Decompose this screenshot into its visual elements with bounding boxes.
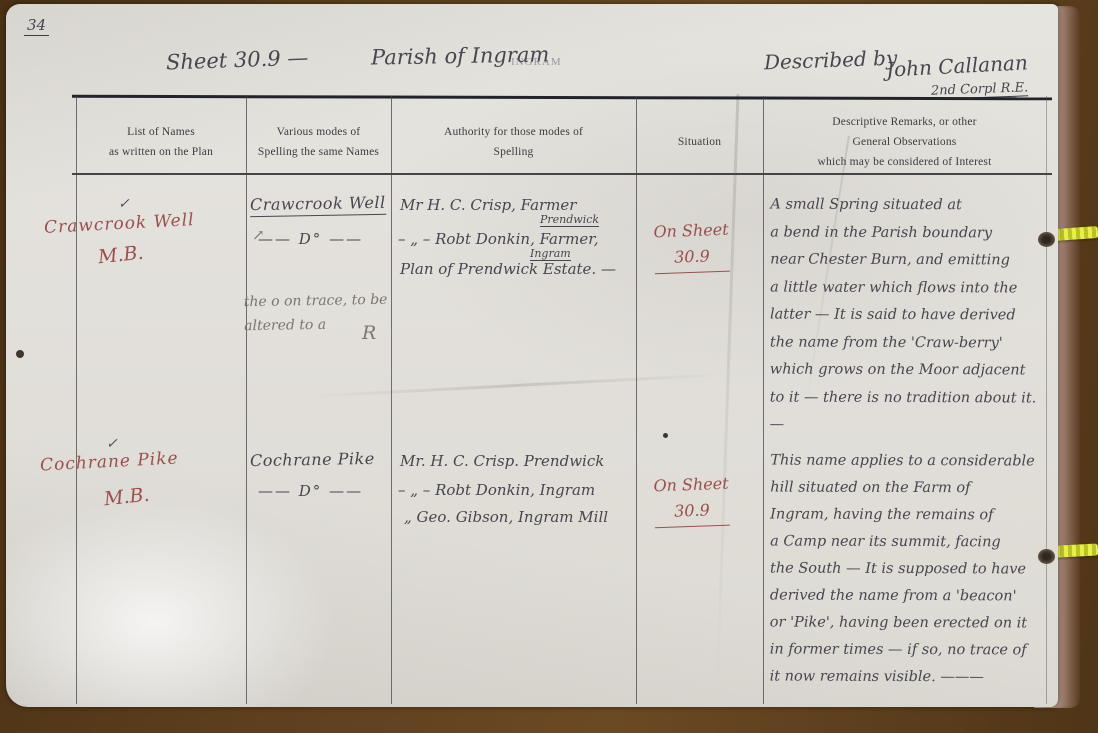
punch-hole-top bbox=[1038, 232, 1055, 247]
described-by-label: Described by bbox=[764, 46, 898, 75]
document-page: 34 Sheet 30.9 — Parish of Ingram INGRAM … bbox=[6, 4, 1058, 707]
ditto-mark: —— D° —— bbox=[258, 482, 363, 500]
examiner-initials: M.B. bbox=[103, 484, 151, 511]
ditto-mark: —— D° —— bbox=[258, 230, 363, 248]
photo-of-name-book-page: 34 Sheet 30.9 — Parish of Ingram INGRAM … bbox=[0, 0, 1098, 733]
authority-line: – „ – Robt Donkin, Farmer, bbox=[398, 230, 599, 248]
authority-line: – „ – Robt Donkin, Ingram bbox=[398, 481, 595, 499]
check-mark: ✓ bbox=[118, 196, 130, 212]
page-number: 34 bbox=[24, 16, 49, 36]
spelling-entry: Crawcrook Well bbox=[250, 193, 386, 217]
examiner-initials: M.B. bbox=[97, 242, 145, 269]
pencil-note-initial: R bbox=[362, 322, 376, 344]
table-column-line bbox=[76, 96, 77, 704]
situation-entry: On Sheet 30.9 bbox=[653, 217, 730, 275]
check-mark: ✓ bbox=[106, 436, 118, 452]
table-top-rule bbox=[72, 95, 1052, 101]
authority-place: Ingram bbox=[530, 247, 571, 261]
authority-line: Mr H. C. Crisp, Farmer bbox=[400, 196, 576, 214]
column-header-authority: Authority for those modes of Spelling bbox=[395, 112, 632, 162]
authority-line: „ Geo. Gibson, Ingram Mill bbox=[404, 508, 608, 526]
authority-line: Mr. H. C. Crisp. Prendwick bbox=[400, 452, 604, 470]
column-header-remarks: Descriptive Remarks, or other General Ob… bbox=[767, 112, 1042, 172]
descriptive-remarks: A small Spring situated at a bend in the… bbox=[770, 192, 1049, 440]
punch-hole-bottom bbox=[1038, 549, 1055, 564]
describer-signature: John Callanan bbox=[885, 50, 1028, 81]
table-column-line bbox=[636, 96, 637, 704]
authority-line: Plan of Prendwick Estate. — bbox=[400, 260, 616, 278]
sheet-number-heading: Sheet 30.9 — bbox=[166, 46, 309, 75]
column-header-names: List of Names as written on the Plan bbox=[80, 112, 242, 162]
situation-entry: On Sheet 30.9 bbox=[653, 471, 730, 529]
descriptive-remarks: This name applies to a considerable hill… bbox=[770, 448, 1053, 692]
spelling-entry: Cochrane Pike bbox=[250, 449, 375, 470]
ink-blot bbox=[663, 433, 668, 438]
authority-place: Prendwick bbox=[540, 213, 599, 227]
page-crease bbox=[306, 373, 726, 398]
column-header-situation: Situation bbox=[640, 112, 759, 152]
entry-name-on-plan: Cochrane Pike bbox=[40, 448, 179, 475]
table-column-line bbox=[763, 96, 764, 704]
entry-name-on-plan: Crawcrook Well bbox=[44, 210, 196, 238]
ink-blot bbox=[16, 350, 24, 358]
table-column-line bbox=[246, 96, 247, 704]
table-header-rule bbox=[72, 173, 1052, 175]
page-crease bbox=[716, 94, 740, 694]
parish-stamp: INGRAM bbox=[511, 56, 562, 68]
table-column-line bbox=[391, 96, 392, 704]
column-header-spelling-modes: Various modes of Spelling the same Names bbox=[250, 112, 387, 162]
